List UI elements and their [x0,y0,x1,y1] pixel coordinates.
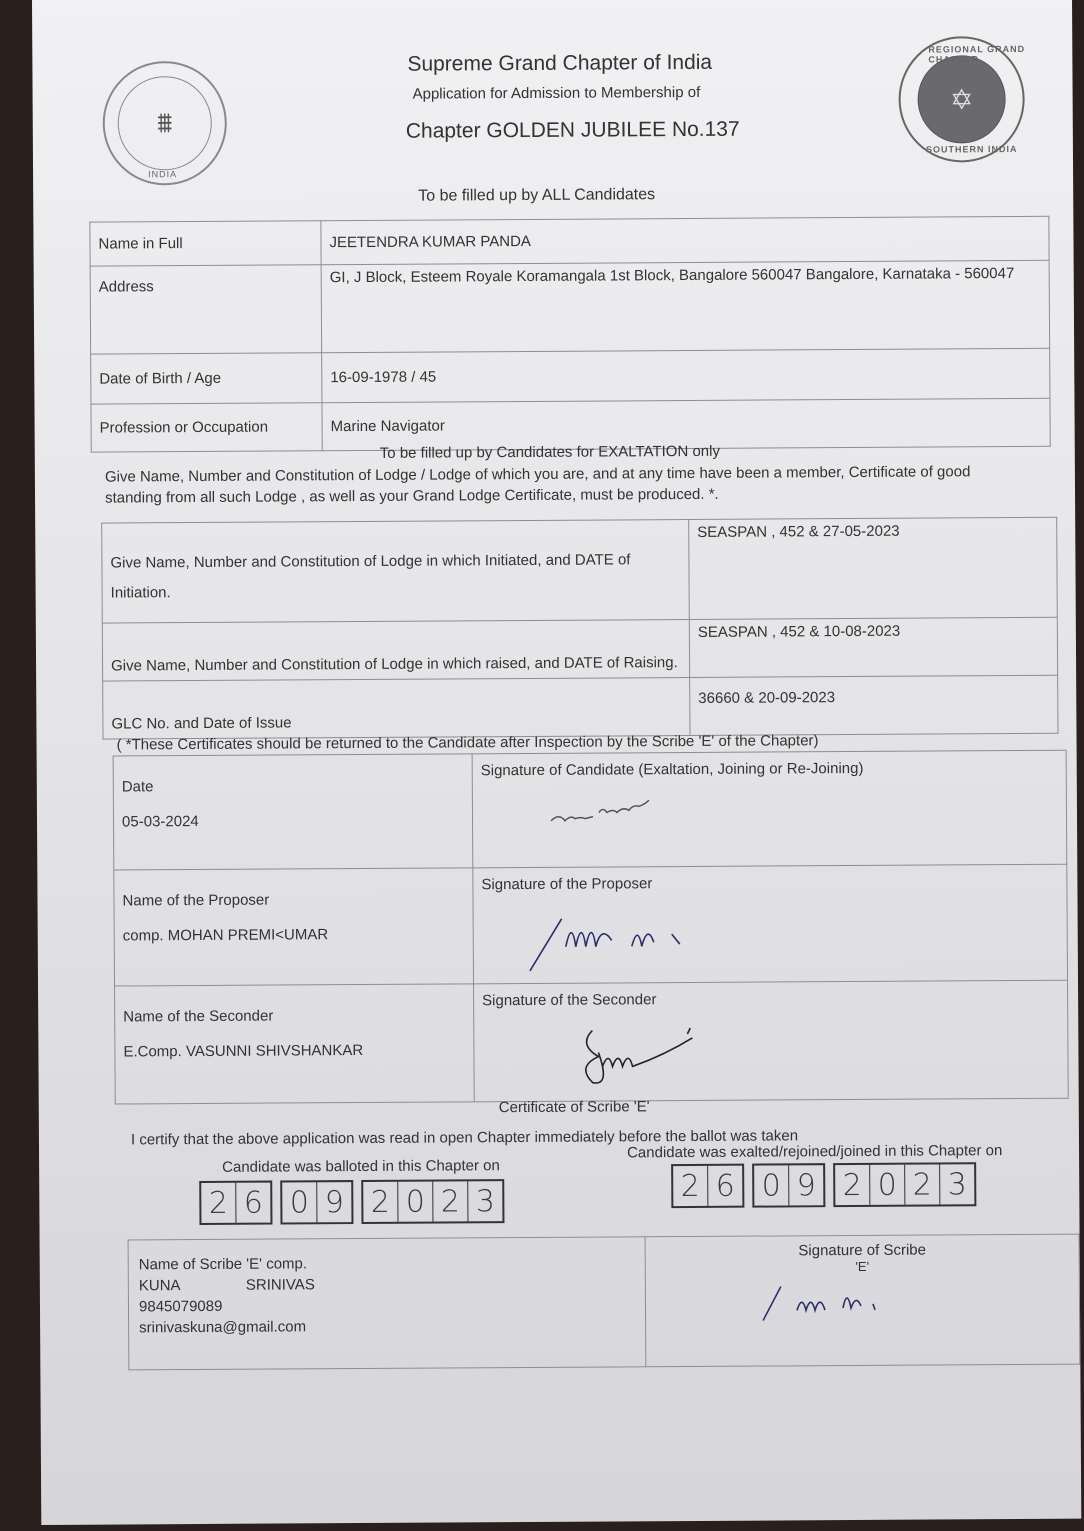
field-label: Give Name, Number and Constitution of Lo… [102,619,689,681]
royal-arch-seal-icon: ⩩ [117,76,212,171]
scribe-signature-icon [732,1273,992,1325]
seconder-label: Name of the Seconder [123,1006,465,1025]
day-group: 2 6 [199,1181,272,1225]
date-digit[interactable]: 2 [905,1164,940,1204]
field-label: GLC No. and Date of Issue [103,677,690,739]
scribe-signature-cell: Signature of Scribe 'E' [645,1234,1080,1367]
scribe-last-name: SRINIVAS [246,1276,315,1293]
proposer-signature-label: Signature of the Proposer [481,873,1058,894]
glc-field[interactable]: 36660 & 20-09-2023 [690,675,1058,735]
right-seal-bottom-text: SOUTHERN INDIA [926,144,1018,155]
date-digit[interactable]: 3 [468,1181,502,1221]
date-digit[interactable]: 0 [282,1182,317,1222]
exalted-date-boxes[interactable]: 2 6 0 9 2 0 2 3 [671,1162,976,1208]
seconder-signature-cell: Signature of the Seconder [474,980,1069,1102]
table-row: Name of Scribe 'E' comp. KUNA SRINIVAS 9… [128,1234,1080,1370]
table-row: Name of the Proposer comp. MOHAN PREMI<U… [114,864,1068,986]
date-digit[interactable]: 6 [708,1166,742,1206]
table-row: GLC No. and Date of Issue 36660 & 20-09-… [103,675,1058,739]
balloted-date-boxes[interactable]: 2 6 0 9 2 0 2 3 [199,1179,504,1225]
date-digit[interactable]: 2 [201,1183,236,1223]
field-label: Address [90,265,322,354]
scribe-signature-sub: 'E' [654,1258,1071,1276]
form-subtitle: Application for Admission to Membership … [413,84,701,103]
scribe-name-field[interactable]: KUNA SRINIVAS [139,1272,635,1296]
date-digit[interactable]: 9 [789,1165,823,1205]
date-digit[interactable]: 2 [835,1165,870,1205]
month-group: 0 9 [280,1180,353,1224]
exaltation-instruction: Give Name, Number and Constitution of Lo… [105,461,975,508]
candidate-details-table: Name in Full JEETENDRA KUMAR PANDA Addre… [89,216,1050,453]
year-group: 2 0 2 3 [361,1179,504,1224]
right-seal-ring-text: REGIONAL GRAND CHAPTER [928,44,1072,65]
lodge-details-table: Give Name, Number and Constitution of Lo… [101,517,1058,740]
form-title: Supreme Grand Chapter of India [407,51,712,77]
scribe-phone[interactable]: 9845079089 [139,1293,635,1317]
section-exaltation-heading: To be filled up by Candidates for EXALTA… [380,443,720,462]
date-digit[interactable]: 9 [317,1182,351,1222]
proposer-signature-icon [482,904,742,976]
date-digit[interactable]: 2 [363,1182,398,1222]
proposer-name-field[interactable]: comp. MOHAN PREMI<UMAR [123,925,465,944]
raising-field[interactable]: SEASPAN , 452 & 10-08-2023 [689,617,1057,677]
scribe-table: Name of Scribe 'E' comp. KUNA SRINIVAS 9… [128,1234,1081,1371]
seconder-signature-label: Signature of the Seconder [482,989,1059,1010]
field-label: Date of Birth / Age [91,353,322,404]
proposer-label: Name of the Proposer [122,890,464,909]
signatures-table: Date 05-03-2024 Signature of Candidate (… [113,750,1069,1105]
date-digit[interactable]: 2 [673,1166,708,1206]
left-seal-bottom-text: INDIA [148,169,177,179]
scribe-email[interactable]: srinivaskuna@gmail.com [139,1314,635,1338]
field-label: Profession or Occupation [91,403,322,452]
date-digit[interactable]: 0 [754,1165,789,1205]
table-row: Name of the Seconder E.Comp. VASUNNI SHI… [115,980,1069,1104]
section-all-heading: To be filled up by ALL Candidates [418,186,655,205]
application-form-page: ⩩ INDIA ✡ REGIONAL GRAND CHAPTER SOUTHER… [32,0,1081,1525]
seal-glyph: ⩩ [157,107,172,140]
date-digit[interactable]: 6 [236,1183,270,1223]
date-digit[interactable]: 2 [433,1181,468,1221]
seal-glyph: ✡ [950,83,974,116]
initiation-field[interactable]: SEASPAN , 452 & 27-05-2023 [689,517,1058,619]
candidate-signature-cell: Signature of Candidate (Exaltation, Join… [472,750,1067,868]
month-group: 0 9 [752,1163,825,1207]
chapter-name: Chapter GOLDEN JUBILEE No.137 [406,118,740,144]
candidate-signature-label: Signature of Candidate (Exaltation, Join… [481,759,1058,780]
full-name-field[interactable]: JEETENDRA KUMAR PANDA [321,216,1049,264]
regional-grand-chapter-seal-icon: ✡ [917,55,1006,144]
date-cell: Date 05-03-2024 [113,754,473,870]
scribe-name-label: Name of Scribe 'E' comp. [139,1251,635,1275]
seconder-cell: Name of the Seconder E.Comp. VASUNNI SHI… [115,984,475,1104]
seconder-name-field[interactable]: E.Comp. VASUNNI SHIVSHANKAR [123,1041,465,1060]
scribe-first-name: KUNA [139,1277,180,1294]
table-row: Date 05-03-2024 Signature of Candidate (… [113,750,1067,870]
proposer-cell: Name of the Proposer comp. MOHAN PREMI<U… [114,868,474,986]
year-group: 2 0 2 3 [833,1162,976,1207]
address-field[interactable]: GI, J Block, Esteem Royale Koramangala 1… [321,260,1050,352]
field-label: Name in Full [90,221,321,266]
scribe-details-cell: Name of Scribe 'E' comp. KUNA SRINIVAS 9… [128,1237,646,1370]
table-row: Give Name, Number and Constitution of Lo… [102,617,1057,681]
day-group: 2 6 [671,1164,744,1208]
date-digit[interactable]: 0 [870,1165,905,1205]
candidate-signature-icon [481,790,701,831]
date-digit[interactable]: 0 [398,1182,433,1222]
dob-age-field[interactable]: 16-09-1978 / 45 [322,348,1050,402]
proposer-signature-cell: Signature of the Proposer [473,864,1068,984]
table-row: Date of Birth / Age 16-09-1978 / 45 [91,348,1050,404]
table-row: Name in Full JEETENDRA KUMAR PANDA [90,216,1049,266]
seconder-signature-icon [482,1020,742,1092]
exalted-label: Candidate was exalted/rejoined/joined in… [627,1142,1002,1161]
date-field[interactable]: 05-03-2024 [122,811,464,830]
date-label: Date [122,776,464,795]
field-label: Give Name, Number and Constitution of Lo… [102,519,690,623]
table-row: Address GI, J Block, Esteem Royale Koram… [90,260,1050,354]
scribe-certificate-heading: Certificate of Scribe 'E' [499,1096,650,1118]
table-row: Give Name, Number and Constitution of Lo… [102,517,1058,623]
left-seal: ⩩ [102,61,227,186]
balloted-label: Candidate was balloted in this Chapter o… [222,1157,500,1176]
date-digit[interactable]: 3 [940,1164,974,1204]
